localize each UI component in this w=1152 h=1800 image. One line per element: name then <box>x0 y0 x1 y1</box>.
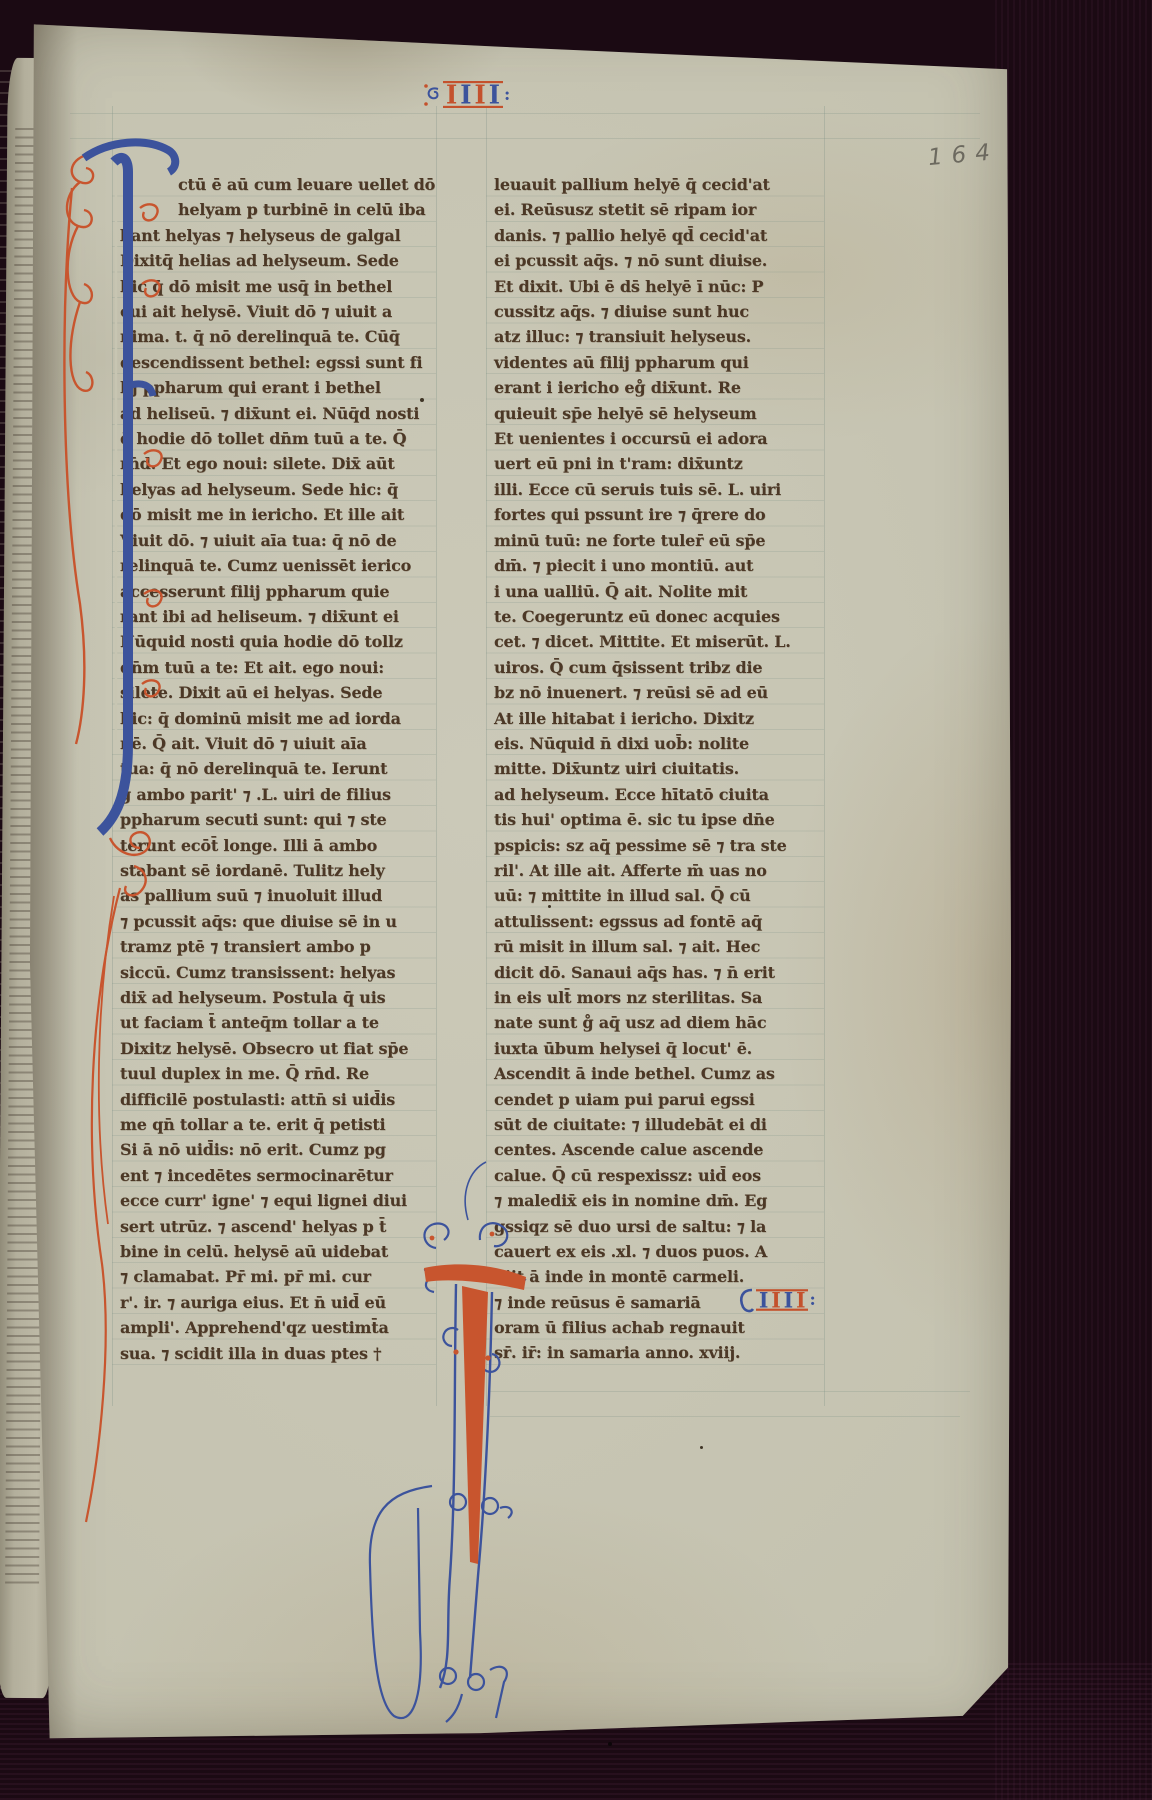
text-line: dm̄. ⁊ piecit i uno montiū. aut <box>494 553 791 578</box>
text-line: sr̄. ir̄: in samaria anno. xviij. <box>494 1340 745 1365</box>
text-line: uū: ⁊ mittite in illud sal. Q̄ cū <box>494 883 791 908</box>
text-line: rū misit in illum sal. ⁊ ait. Hec <box>494 934 791 959</box>
speck <box>548 905 551 908</box>
ruling-bottom-1 <box>490 1391 970 1392</box>
numeral-letter: I <box>771 1287 780 1313</box>
text-line: fortes qui pssunt ire ⁊ q̄rere do <box>494 502 791 527</box>
ruling-bottom-2 <box>490 1416 960 1417</box>
text-line: nate sunt g̊ aq̄ usz ad diem hāc <box>494 1010 791 1035</box>
running-title: IIII : <box>422 80 510 109</box>
text-line: erant i iericho eg̊ dix̄unt. Re <box>494 375 791 400</box>
text-line: pspicis: sz aq̄ pessime sē ⁊ tra ste <box>494 833 791 858</box>
right-column-continued: oram ū filius achab regnauitsr̄. ir̄: in… <box>494 1315 745 1366</box>
text-line: videntes aū filij ppharum qui <box>494 350 791 375</box>
initial-f-drawing-icon <box>50 124 190 1524</box>
text-line: ei pcussit aq̄s. ⁊ nō sunt diuise. <box>494 248 791 273</box>
text-line: Ascendit ā inde bethel. Cumz as <box>494 1061 791 1086</box>
text-line: illi. Ecce cū seruis tuis sē. L. uiri <box>494 477 791 502</box>
text-line: dicit dō. Sanaui aq̄s has. ⁊ n̄ erit <box>494 960 791 985</box>
text-line: ei. Reūsusz stetit sē ripam ior <box>494 197 791 222</box>
text-line: gssiqz sē duo ursi de saltu: ⁊ la <box>494 1214 791 1239</box>
text-line: ad helyseum. Ecce hītatō ciuita <box>494 782 791 807</box>
text-line: attulissent: egssus ad fontē aq̄ <box>494 909 791 934</box>
text-line: Et uenientes i occursū ei adora <box>494 426 791 451</box>
initial-f-ornament: F <box>50 124 190 1524</box>
numeral-letter: I <box>460 79 471 110</box>
text-line: quieuit sp̄e helyē sē helyseum <box>494 401 791 426</box>
speck <box>608 1742 612 1746</box>
text-line: in eis ult̄ mors nz sterilitas. Sa <box>494 985 791 1010</box>
text-line: calue. Q̄ cū respexissz: uid̄ eos <box>494 1163 791 1188</box>
numeral-letter: I <box>489 79 500 110</box>
speck <box>700 1446 703 1449</box>
backdrop-fabric-right <box>995 0 1152 1800</box>
text-line: cendet p uiam pui parui egssi <box>494 1087 791 1112</box>
text-line: cet. ⁊ dicet. Mittite. Et miserūt. L. <box>494 629 791 654</box>
initial-i-drawing-icon <box>340 1156 530 1726</box>
text-line: minū tuū: ne forte tuler̄ eū sp̄e <box>494 528 791 553</box>
chapter-numeral: IIII : <box>737 1286 816 1314</box>
text-line: ril'. At ille ait. Afferte m̄ uas no <box>494 858 791 883</box>
speck <box>420 398 424 402</box>
initial-i-ornament: I <box>340 1156 530 1726</box>
text-line: uiros. Q̄ cum q̄sissent tribz die <box>494 655 791 680</box>
running-title-flourish-icon <box>422 82 442 108</box>
numeral-letter: I <box>796 1287 805 1313</box>
text-line: At ille hitabat i iericho. Dixitz <box>494 706 791 731</box>
text-line: cauert ex eis .xl. ⁊ duos puos. A <box>494 1239 791 1264</box>
ruling-top-1 <box>70 113 980 114</box>
chapter-numeral-letters: IIII <box>759 1287 805 1313</box>
numeral-letter: I <box>474 79 485 110</box>
text-line: cussitz aq̄s. ⁊ diuise sunt huc <box>494 299 791 324</box>
chapter-numeral-colon: : <box>809 1290 815 1310</box>
text-line: tis hui' optima ē. sic tu ipse dn̄e <box>494 807 791 832</box>
text-line: uert eū pni in t'ram: dix̄untz <box>494 451 791 476</box>
text-line: mitte. Dix̄untz uiri ciuitatis. <box>494 756 791 781</box>
text-line: iuxta ūbum helysei q̄ locut' ē. <box>494 1036 791 1061</box>
text-line: ⁊ maledix̄ eis in nomine dm̄. Eg <box>494 1188 791 1213</box>
text-line: danis. ⁊ pallio helyē qd̄ cecid'at <box>494 223 791 248</box>
text-line: Et dixit. Ubi ē ds̄ helyē ī nūc: P <box>494 274 791 299</box>
running-title-colon: : <box>504 85 510 105</box>
numeral-letter: I <box>784 1287 793 1313</box>
right-column: leuauit pallium helyē q̄ cecid'atei. Reū… <box>494 172 791 1315</box>
text-line: oram ū filius achab regnauit <box>494 1315 745 1340</box>
text-line: centes. Ascende calue ascende <box>494 1137 791 1162</box>
text-line: leuauit pallium helyē q̄ cecid'at <box>494 172 791 197</box>
numeral-letter: I <box>759 1287 768 1313</box>
running-title-numeral: IIII <box>446 79 500 110</box>
text-line: i una ualliū. Q̄ ait. Nolite mit <box>494 579 791 604</box>
ruling-vertical-right <box>824 106 825 1406</box>
text-line: sūt de ciuitate: ⁊ illudebāt ei di <box>494 1112 791 1137</box>
text-line: bz nō inuenert. ⁊ reūsi sē ad eū <box>494 680 791 705</box>
text-line: atz illuc: ⁊ transiuit helyseus. <box>494 324 791 349</box>
paraph-mark-icon <box>737 1286 755 1314</box>
text-line: eis. Nūquid n̄ dixi uob̄: nolite <box>494 731 791 756</box>
text-line: te. Coegeruntz eū donec acquies <box>494 604 791 629</box>
ruling-top-2 <box>70 138 980 139</box>
manuscript-photo: IIII : 164 ctū ē aū cum leuare uellet dō… <box>0 0 1152 1800</box>
numeral-letter: I <box>446 79 457 110</box>
